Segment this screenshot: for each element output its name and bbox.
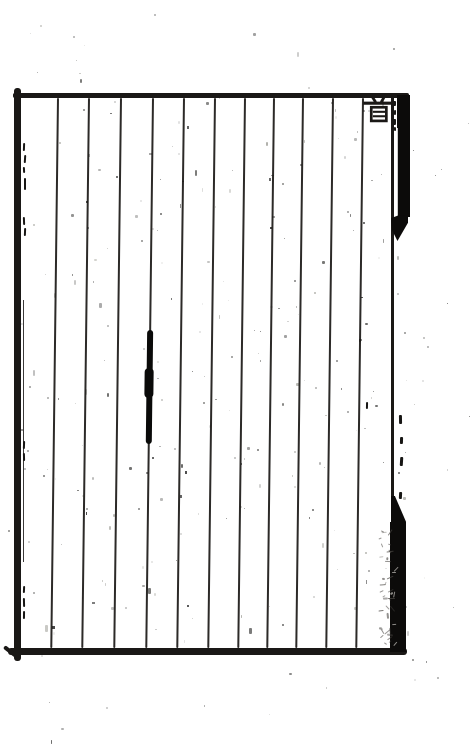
gutter-shadow-slit [396,128,398,216]
frame-border-left-inner-line [23,300,24,562]
gutter-shadow-bottom [390,522,406,652]
frame-border-left [14,88,21,661]
shou-character-glyph [363,94,394,123]
gutter-shadow-top [397,95,410,217]
column-rule [50,98,59,648]
column-rule [207,98,216,648]
column-rule [81,98,90,648]
column-rule [355,98,364,648]
ink-blotch [145,330,152,444]
volume-marker: 首 [363,94,394,123]
column-rule [295,98,304,648]
frame-border-top [13,93,409,98]
column-rule [325,98,334,648]
column-rule [237,98,246,648]
column-rule [113,98,122,648]
scanned-book-page: 首 [0,0,475,750]
column-rule [266,98,275,648]
column-rule [176,98,184,648]
frame-border-bottom [8,648,407,655]
page-frame: 首 [0,0,475,750]
